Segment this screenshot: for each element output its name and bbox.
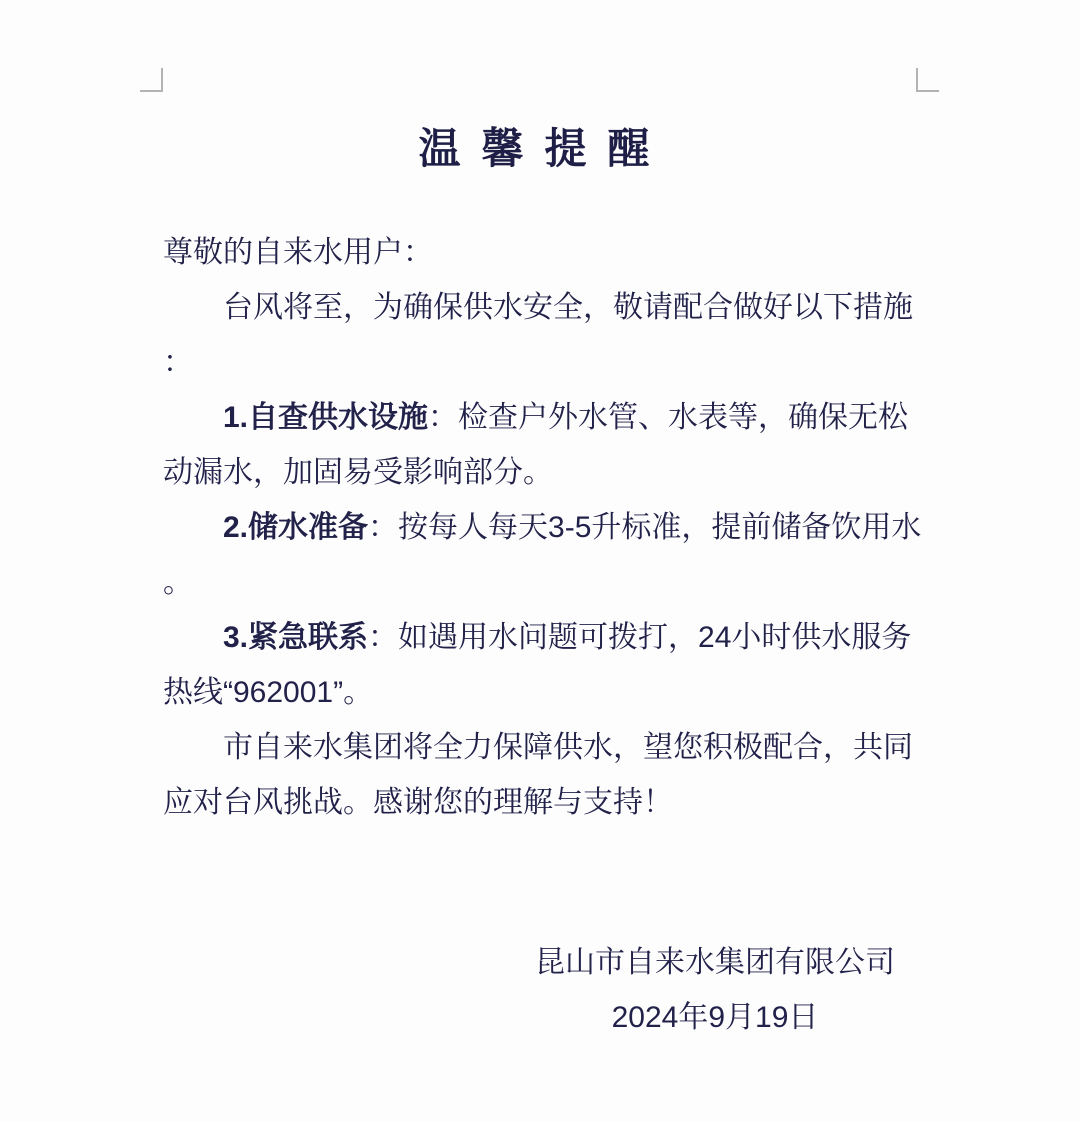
body-line: 应对台风挑战。感谢您的理解与支持！ [163, 775, 923, 830]
body-segment-bold: 2.储水准备 [223, 511, 368, 544]
body-line: ： [163, 335, 923, 390]
page-corner-mark-top-right [916, 68, 939, 92]
body-segment: ：按每人每天3-5升标准，提前储备饮用水 [368, 511, 921, 544]
signature-date: 2024年9月19日 [505, 990, 925, 1045]
page-corner-mark-top-left [140, 68, 163, 92]
body-line: 。 [163, 555, 923, 610]
body-segment: 热线“962001”。 [163, 676, 373, 709]
body-segment: ： [163, 346, 193, 379]
body-line: 尊敬的自来水用户： [163, 225, 923, 280]
body-line: 热线“962001”。 [163, 665, 923, 720]
body-segment: 应对台风挑战。感谢您的理解与支持！ [163, 786, 673, 819]
signature-block: 昆山市自来水集团有限公司 2024年9月19日 [505, 935, 925, 1045]
body-line: 1.自查供水设施：检查户外水管、水表等，确保无松 [163, 390, 923, 445]
body-segment [163, 621, 223, 654]
body-segment: 尊敬的自来水用户： [163, 236, 433, 269]
body-segment [163, 511, 223, 544]
notice-body: 尊敬的自来水用户： 台风将至，为确保供水安全，敬请配合做好以下措施： 1.自查供… [163, 225, 923, 830]
body-segment [163, 401, 223, 434]
body-segment: 动漏水，加固易受影响部分。 [163, 456, 553, 489]
body-segment: ：如遇用水问题可拨打，24小时供水服务 [368, 621, 911, 654]
body-segment-bold: 3.紧急联系 [223, 621, 368, 654]
body-segment: 。 [163, 566, 193, 599]
body-line: 市自来水集团将全力保障供水，望您积极配合，共同 [163, 720, 923, 775]
body-segment-bold: 1.自查供水设施 [223, 401, 428, 434]
body-line: 3.紧急联系：如遇用水问题可拨打，24小时供水服务 [163, 610, 923, 665]
body-segment: 台风将至，为确保供水安全，敬请配合做好以下措施 [163, 291, 913, 324]
body-line: 台风将至，为确保供水安全，敬请配合做好以下措施 [163, 280, 923, 335]
body-segment: 市自来水集团将全力保障供水，望您积极配合，共同 [163, 731, 913, 764]
signature-company: 昆山市自来水集团有限公司 [505, 935, 925, 990]
body-segment: ：检查户外水管、水表等，确保无松 [428, 401, 908, 434]
notice-title: 温馨提醒 [163, 118, 916, 180]
body-line: 2.储水准备：按每人每天3-5升标准，提前储备饮用水 [163, 500, 923, 555]
notice-page: 温馨提醒 尊敬的自来水用户： 台风将至，为确保供水安全，敬请配合做好以下措施： … [0, 0, 1080, 1122]
body-line: 动漏水，加固易受影响部分。 [163, 445, 923, 500]
